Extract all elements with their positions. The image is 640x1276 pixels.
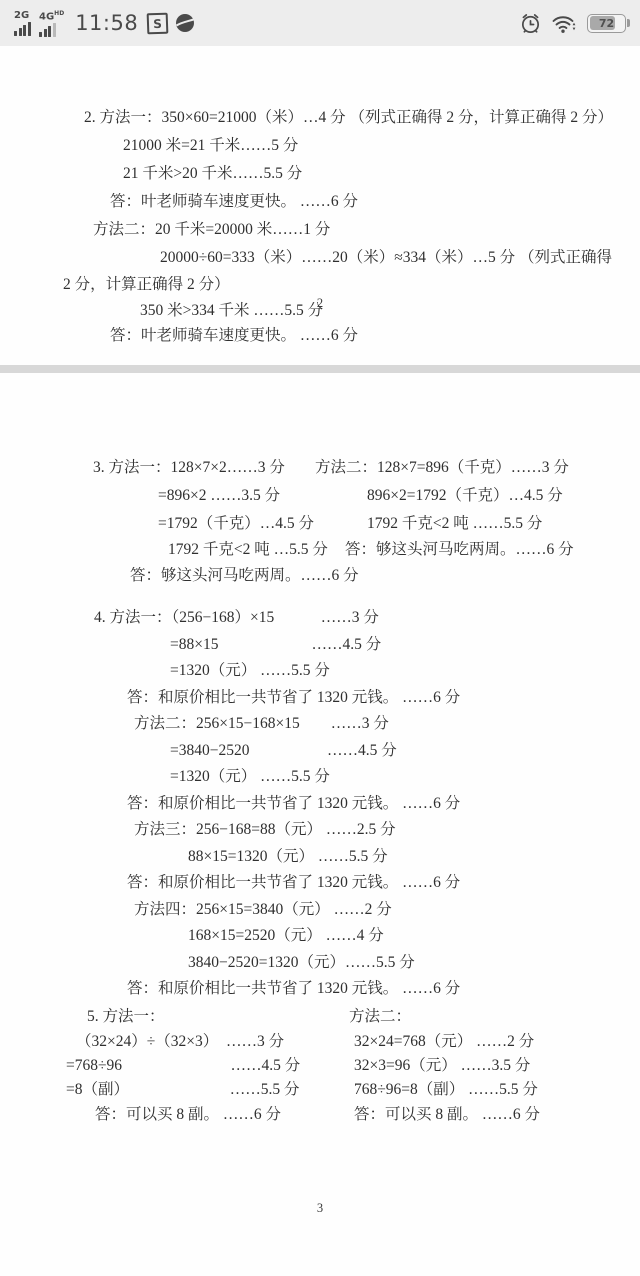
answer-line: 1792 千克<2 吨 ……5.5 分 xyxy=(367,514,542,533)
page-gap-divider xyxy=(0,365,640,373)
answer-line: 21000 米=21 千米……5 分 xyxy=(123,136,298,155)
hd-badge: HD xyxy=(54,10,64,17)
page-number: 3 xyxy=(0,1201,640,1216)
answer-line: 答：和原价相比一共节省了 1320 元钱。 ……6 分 xyxy=(127,979,460,998)
document-page-2[interactable]: 2. 方法一：350×60=21000（米）…4 分 （列式正确得 2 分，计算… xyxy=(0,46,640,365)
wifi-icon xyxy=(551,13,578,34)
document-page-3[interactable]: 3. 方法一：128×7×2……3 分 方法二：128×7=896（千克）……3… xyxy=(0,373,640,1276)
status-time: 11:58 xyxy=(75,13,138,34)
answer-line: 168×15=2520（元） ……4 分 xyxy=(188,926,384,945)
answer-line: 3. 方法一：128×7×2……3 分 xyxy=(93,458,285,477)
page-number: 2 xyxy=(0,296,640,311)
answer-line: 方法二：256×15−168×15 ……3 分 xyxy=(134,714,389,733)
alarm-clock-icon xyxy=(519,12,542,35)
answer-line: 2. 方法一：350×60=21000（米）…4 分 （列式正确得 2 分，计算… xyxy=(84,108,613,127)
answer-line: =8（副） ……5.5 分 xyxy=(66,1080,300,1099)
answer-line: =768÷96 ……4.5 分 xyxy=(66,1056,300,1075)
answer-line: 方法三：256−168=88（元） ……2.5 分 xyxy=(134,820,396,839)
answer-line: 2 分，计算正确得 2 分） xyxy=(63,275,230,294)
answer-line: 答：可以买 8 副。 ……6 分 xyxy=(354,1105,540,1124)
answer-line: 答：够这头河马吃两周。……6 分 xyxy=(345,540,574,559)
browser-planet-icon xyxy=(175,13,195,33)
answer-line: =1320（元） ……5.5 分 xyxy=(170,661,330,680)
answer-line: 方法二：20 千米=20000 米……1 分 xyxy=(93,220,330,239)
answer-line: 答：和原价相比一共节省了 1320 元钱。 ……6 分 xyxy=(127,794,460,813)
answer-line: 答：叶老师骑车速度更快。 ……6 分 xyxy=(110,192,358,211)
signal-strength-2g: 2G xyxy=(14,11,32,36)
answer-line: 方法四：256×15=3840（元） ……2 分 xyxy=(134,900,392,919)
answer-line: 21 千米>20 千米……5.5 分 xyxy=(123,164,302,183)
battery-nub xyxy=(627,19,630,27)
answer-line: 方法二：128×7=896（千克）……3 分 xyxy=(315,458,569,477)
battery-indicator: 72 xyxy=(587,14,626,33)
answer-line: =1792（千克）…4.5 分 xyxy=(158,514,314,533)
answer-line: 32×3=96（元） ……3.5 分 xyxy=(354,1056,530,1075)
status-bar: 2G 4GHD 11:58 S xyxy=(0,0,640,46)
answer-line: 方法二： xyxy=(349,1007,411,1026)
answer-line: 答：叶老师骑车速度更快。 ……6 分 xyxy=(110,326,358,345)
answer-line: 20000÷60=333（米）……20（米）≈334（米）…5 分 （列式正确得 xyxy=(160,248,612,267)
answer-line: 1792 千克<2 吨 …5.5 分 xyxy=(168,540,328,559)
battery-percent: 72 xyxy=(588,15,625,32)
signal-bars-icon xyxy=(14,22,32,36)
answer-line: 768÷96=8（副） ……5.5 分 xyxy=(354,1080,538,1099)
signal-bars-icon xyxy=(39,23,57,37)
answer-line: =3840−2520 ……4.5 分 xyxy=(170,741,397,760)
answer-line: 答：和原价相比一共节省了 1320 元钱。 ……6 分 xyxy=(127,873,460,892)
answer-line: 4. 方法一：（256−168）×15 ……3 分 xyxy=(94,608,379,627)
answer-line: 32×24=768（元） ……2 分 xyxy=(354,1032,534,1051)
answer-line: 896×2=1792（千克）…4.5 分 xyxy=(367,486,563,505)
answer-line: 3840−2520=1320（元）……5.5 分 xyxy=(188,953,415,972)
answer-line: 5. 方法一： xyxy=(87,1007,165,1026)
answer-line: =896×2 ……3.5 分 xyxy=(158,486,280,505)
answer-line: （32×24）÷（32×3） ……3 分 xyxy=(76,1032,284,1051)
answer-line: 答：和原价相比一共节省了 1320 元钱。 ……6 分 xyxy=(127,688,460,707)
network-type-4g-label: 4GHD xyxy=(39,9,64,22)
answer-line: =88×15 ……4.5 分 xyxy=(170,635,381,654)
answer-line: 答：够这头河马吃两周。……6 分 xyxy=(130,566,359,585)
answer-line: 答：可以买 8 副。 ……6 分 xyxy=(95,1105,281,1124)
answer-line: 88×15=1320（元） ……5.5 分 xyxy=(188,847,388,866)
network-type-2g-label: 2G xyxy=(14,11,29,21)
s-app-notification-icon: S xyxy=(147,12,169,34)
answer-line: =1320（元） ……5.5 分 xyxy=(170,767,330,786)
signal-strength-4g: 4GHD xyxy=(39,9,64,37)
